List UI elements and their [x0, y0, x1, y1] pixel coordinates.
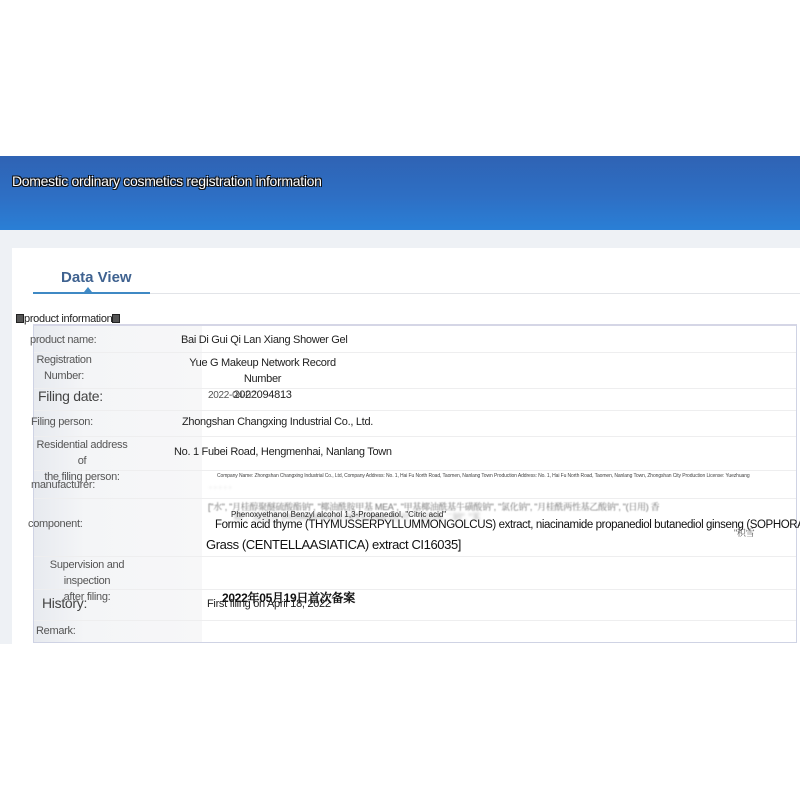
tab-active-indicator [33, 292, 150, 294]
filing-date-value: 2022-04-02 [208, 390, 256, 401]
table-row-filing-date: Filing date: 2022-04-02 [34, 388, 796, 411]
product-info-table: product name: Bai Di Gui Qi Lan Xiang Sh… [33, 324, 797, 643]
table-row-registration-number: Registration Number: Yue G Makeup Networ… [34, 352, 796, 389]
component-line3-tail: "积雪 [734, 526, 754, 539]
product-name-label: product name: [30, 332, 96, 348]
tab-data-view[interactable]: Data View [61, 269, 132, 286]
component-overlay-text: Phenoxyethanol Benzyl alcohol 1,3-Propan… [231, 510, 446, 519]
filing-person-value: Zhongshan Changxing Industrial Co., Ltd. [182, 416, 373, 428]
residential-address-value: No. 1 Fubei Road, Hengmenhai, Nanlang To… [174, 446, 392, 458]
table-row-manufacturer: manufacturer: Company Name: Zhongshan Ch… [34, 470, 796, 499]
table-row-residential-address: Residential address of the filing person… [34, 436, 796, 471]
table-row-history: History: 2022年05月19日首次备案 First filing on… [34, 589, 796, 621]
registration-value-line1: Yue G Makeup Network Record Number [185, 355, 340, 387]
manufacturer-blurred-text: · · · · · [209, 482, 231, 492]
supervision-label-line1: Supervision and inspection [30, 557, 144, 589]
tab-divider [150, 293, 800, 294]
registration-label-line1: Registration [36, 352, 92, 368]
remark-label: Remark: [36, 623, 75, 639]
manufacturer-value: Company Name: Zhongshan Changxing Indust… [217, 473, 750, 479]
table-row-remark: Remark: [34, 620, 796, 642]
component-label: component: [28, 516, 82, 532]
component-line4: Grass (CENTELLAASIATICA) extract CI16035… [206, 537, 461, 552]
filing-date-label: Filing date: [38, 388, 103, 404]
table-row-filing-person: Filing person: Zhongshan Changxing Indus… [34, 410, 796, 437]
banner-title: Domestic ordinary cosmetics registration… [12, 173, 322, 189]
history-label: History: [42, 595, 87, 611]
registration-number-label: Registration Number: [36, 352, 92, 384]
history-value: First filing on April 18, 2022 [207, 598, 331, 610]
content-top-gutter [0, 230, 800, 248]
bracket-left-icon [16, 314, 24, 323]
table-row-supervision: Supervision and inspection after filing: [34, 556, 796, 590]
bracket-right-icon [112, 314, 120, 323]
manufacturer-label: manufacturer: [31, 477, 95, 493]
residential-label-line1: Residential address of [34, 437, 130, 469]
product-name-value: Bai Di Gui Qi Lan Xiang Shower Gel [181, 334, 348, 346]
tab-caret-icon [84, 287, 92, 292]
registration-label-line2: Number: [36, 368, 92, 384]
table-row-product-name: product name: Bai Di Gui Qi Lan Xiang Sh… [34, 326, 796, 353]
table-row-component: component: ["水", "月桂醇聚醚硫酸酯钠", "椰油酰胺甲基 ME… [34, 498, 796, 557]
content-left-gutter [0, 248, 12, 644]
component-line3: Formic acid thyme (THYMUSSERPYLLUMMONGOL… [215, 519, 800, 531]
page-banner: Domestic ordinary cosmetics registration… [0, 156, 800, 230]
filing-person-label: Filing person: [31, 414, 93, 430]
